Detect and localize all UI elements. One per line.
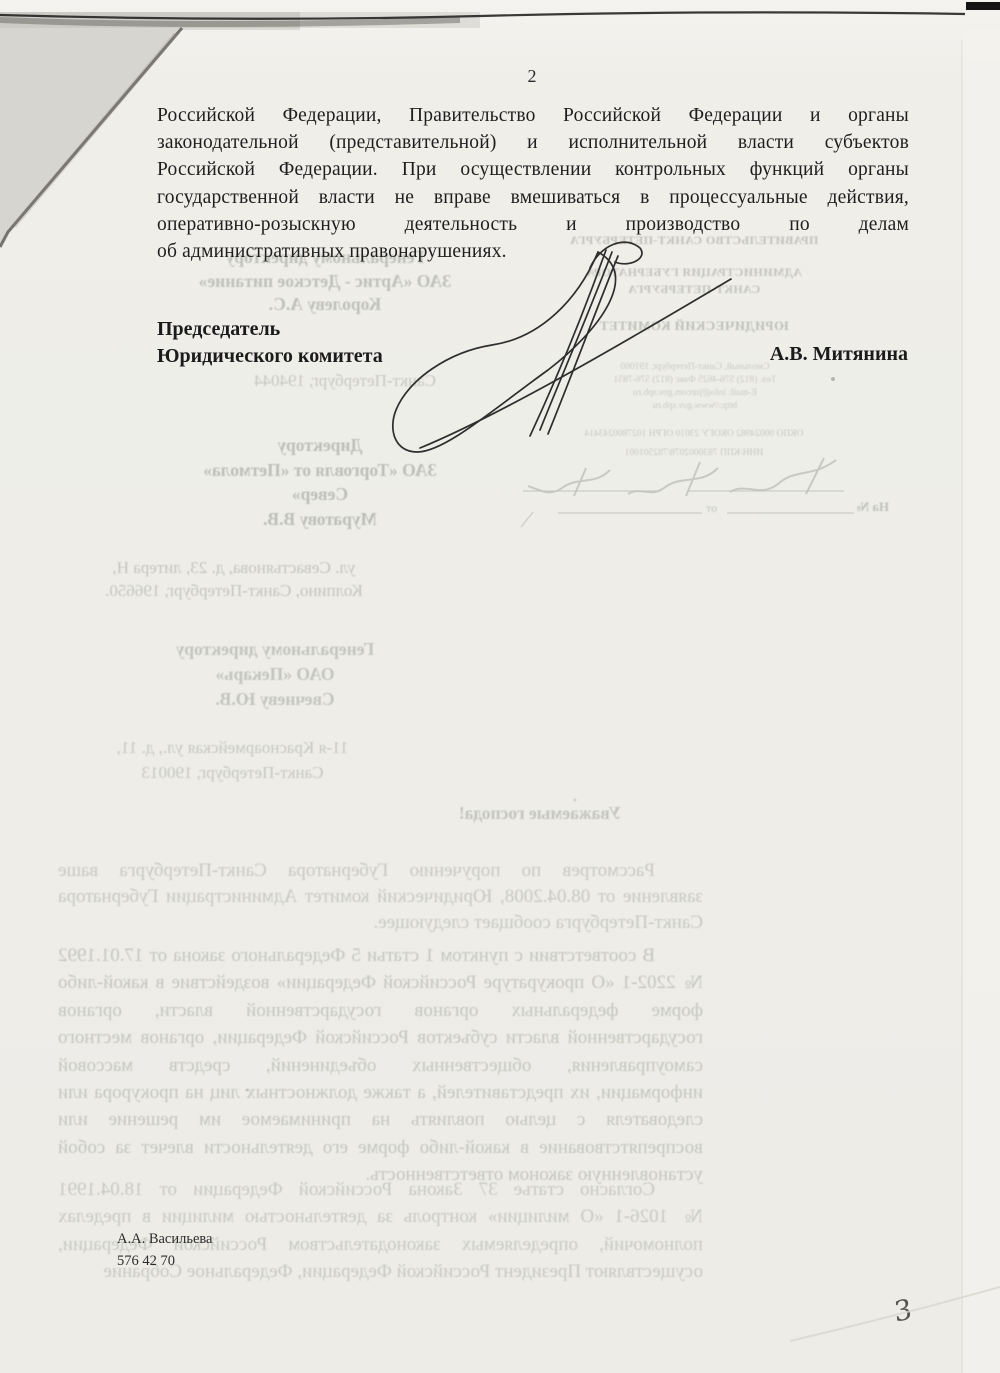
text-line: Свечневу Ю.В. bbox=[140, 687, 410, 712]
text-line: об административных правонарушениях. bbox=[157, 238, 909, 265]
bleed-salutation: Уважаемые господа! bbox=[300, 803, 780, 824]
executor-block: А.А. Васильева 576 42 70 bbox=[117, 1228, 337, 1272]
bleed-letterhead-address: Смольный, Санкт-Петербург, 191060Тел. (8… bbox=[560, 361, 830, 413]
executor-phone: 576 42 70 bbox=[117, 1250, 337, 1272]
text-line: АДМИНИСТРАЦИЯ ГУБЕРНАТОРА bbox=[538, 264, 850, 281]
text-line: Санкт-Петербург, 190013 bbox=[60, 760, 405, 785]
text-line: САНКТ-ПЕТЕРБУРГА bbox=[538, 281, 850, 298]
bleed-handwritten-number bbox=[528, 458, 836, 496]
text-line: Рассмотрев по поручению Губернатора Санк… bbox=[58, 858, 703, 884]
bleed-letterhead-codes: ОКПО 00024982 ОКОГУ 23010 ОГРН 102780024… bbox=[538, 425, 850, 463]
bleed-ref-underlines bbox=[521, 491, 854, 527]
bleed-ref-na-label: На № bbox=[856, 499, 889, 515]
text-line: Тел. (812) 576-4625 Факс (812) 576-7851 bbox=[560, 374, 830, 387]
text-line: Российской Федерации. При осуществлении … bbox=[157, 156, 909, 183]
text-line: ЗАО «Торговля от «Петмола» bbox=[160, 458, 480, 483]
text-line: Санкт-Петербурга сообщает следующее. bbox=[58, 910, 703, 936]
bleed-addressee2: ДиректоруЗАО «Торговля от «Петмола»Север… bbox=[160, 433, 480, 531]
scan-corner-bar bbox=[966, 2, 1000, 10]
text-line: ул. Севастьянова, д. 23, литера Н, bbox=[58, 556, 410, 579]
scan-top-smudge bbox=[0, 12, 480, 28]
bleed-letterhead-gov: АДМИНИСТРАЦИЯ ГУБЕРНАТОРАСАНКТ-ПЕТЕРБУРГ… bbox=[538, 264, 850, 298]
text-line: № 2202-1 «О прокуратуре Российской Федер… bbox=[58, 969, 703, 996]
text-line: E-mail: info@jurcom.gov.spb.ru bbox=[560, 387, 830, 400]
signer-name: А.В. Митянина bbox=[700, 343, 908, 366]
bleed-addressee2-address: ул. Севастьянова, д. 23, литера Н,Колпин… bbox=[58, 556, 410, 602]
text-line: Королеву А.С. bbox=[165, 293, 485, 317]
text-line: Генеральному директору bbox=[140, 637, 410, 662]
page-number: 2 bbox=[518, 66, 546, 87]
text-line: оперативно-розыскную деятельность и прои… bbox=[157, 211, 909, 238]
speck bbox=[831, 377, 835, 381]
signoff-title: Председатель Юридического комитета bbox=[157, 316, 477, 370]
text-line: 11-я Красноармейская ул., д. 11, bbox=[60, 735, 405, 760]
text-line: № 1026-1 «О милиции» контроль за деятель… bbox=[58, 1203, 703, 1230]
bleed-ref-ot-label: от bbox=[706, 501, 717, 516]
text-line: ЗАО «Артис - Детское питание» bbox=[165, 270, 485, 294]
text-line: Муратову В.В. bbox=[160, 507, 480, 532]
scan-top-smudge-dark bbox=[0, 12, 300, 30]
text-line: Директору bbox=[160, 433, 480, 458]
text-line: ИНН/КПП 7830002078/782501001 bbox=[538, 444, 850, 463]
fold-corner bbox=[0, 28, 182, 246]
text-line: Север» bbox=[160, 482, 480, 507]
fold-edge-line bbox=[0, 28, 182, 247]
text-line: установленную законом ответственность. bbox=[58, 1161, 703, 1188]
text-line: В соответствии с пунктом 1 статьи 5 Феде… bbox=[58, 942, 703, 969]
text-line: Российской Федерации, Правительство Росс… bbox=[157, 102, 909, 129]
text-line: http://www.gov.spb.ru bbox=[560, 400, 830, 413]
scanned-letter-page: Генеральному директоруЗАО «Артис - Детск… bbox=[0, 0, 1000, 1373]
bleed-paragraph-2: В соответствии с пунктом 1 статьи 5 Феде… bbox=[58, 942, 703, 1189]
signoff-title-line1: Председатель bbox=[157, 316, 477, 343]
text-line: государственной власти не вправе вмешива… bbox=[157, 184, 909, 211]
speck bbox=[574, 799, 577, 802]
bleed-addressee3-address: 11-я Красноармейская ул., д. 11,Санкт-Пе… bbox=[60, 735, 405, 785]
text-line: форме федеральных органов государственно… bbox=[58, 997, 703, 1024]
text-line: информации, их представителей, а также д… bbox=[58, 1079, 703, 1106]
text-line: следователя с целью повлиять на принимае… bbox=[58, 1106, 703, 1133]
text-line: воспрепятствование в какой-либо форме ег… bbox=[58, 1134, 703, 1161]
speck bbox=[246, 1089, 249, 1092]
body-paragraph: Российской Федерации, Правительство Росс… bbox=[157, 102, 909, 265]
text-line: заявление от 08.04.2008, Юридический ком… bbox=[58, 884, 703, 910]
handwritten-page-mark: 3 bbox=[892, 1292, 913, 1329]
bleed-addressee3: Генеральному директоруОАО «Пекарь»Свечне… bbox=[140, 637, 410, 712]
scan-right-strip bbox=[963, 30, 1000, 1373]
bleed-letterhead-committee: ЮРИДИЧЕСКИЙ КОМИТЕТ bbox=[538, 318, 850, 334]
fold-edge-shadow bbox=[14, 34, 176, 226]
text-line: государственной власти субъектов Российс… bbox=[58, 1024, 703, 1051]
bleed-addressee1-city: Санкт-Петербург, 194044 bbox=[200, 371, 490, 391]
executor-name: А.А. Васильева bbox=[117, 1228, 337, 1250]
text-line: самоуправления, общественных объединений… bbox=[58, 1052, 703, 1079]
text-line: ОКПО 00024982 ОКОГУ 23010 ОГРН 102780024… bbox=[538, 425, 850, 444]
text-line: Колпино, Санкт-Петербург, 196650. bbox=[58, 579, 410, 602]
text-line: Согласно статье 37 Закона Российской Фед… bbox=[58, 1176, 703, 1203]
text-line: ОАО «Пекарь» bbox=[140, 662, 410, 687]
signoff-title-line2: Юридического комитета bbox=[157, 343, 477, 370]
bleed-paragraph-1: Рассмотрев по поручению Губернатора Санк… bbox=[58, 858, 703, 936]
text-line: законодательной (представительной) и исп… bbox=[157, 129, 909, 156]
scan-top-line bbox=[0, 12, 965, 18]
scan-top-band bbox=[0, 20, 460, 24]
